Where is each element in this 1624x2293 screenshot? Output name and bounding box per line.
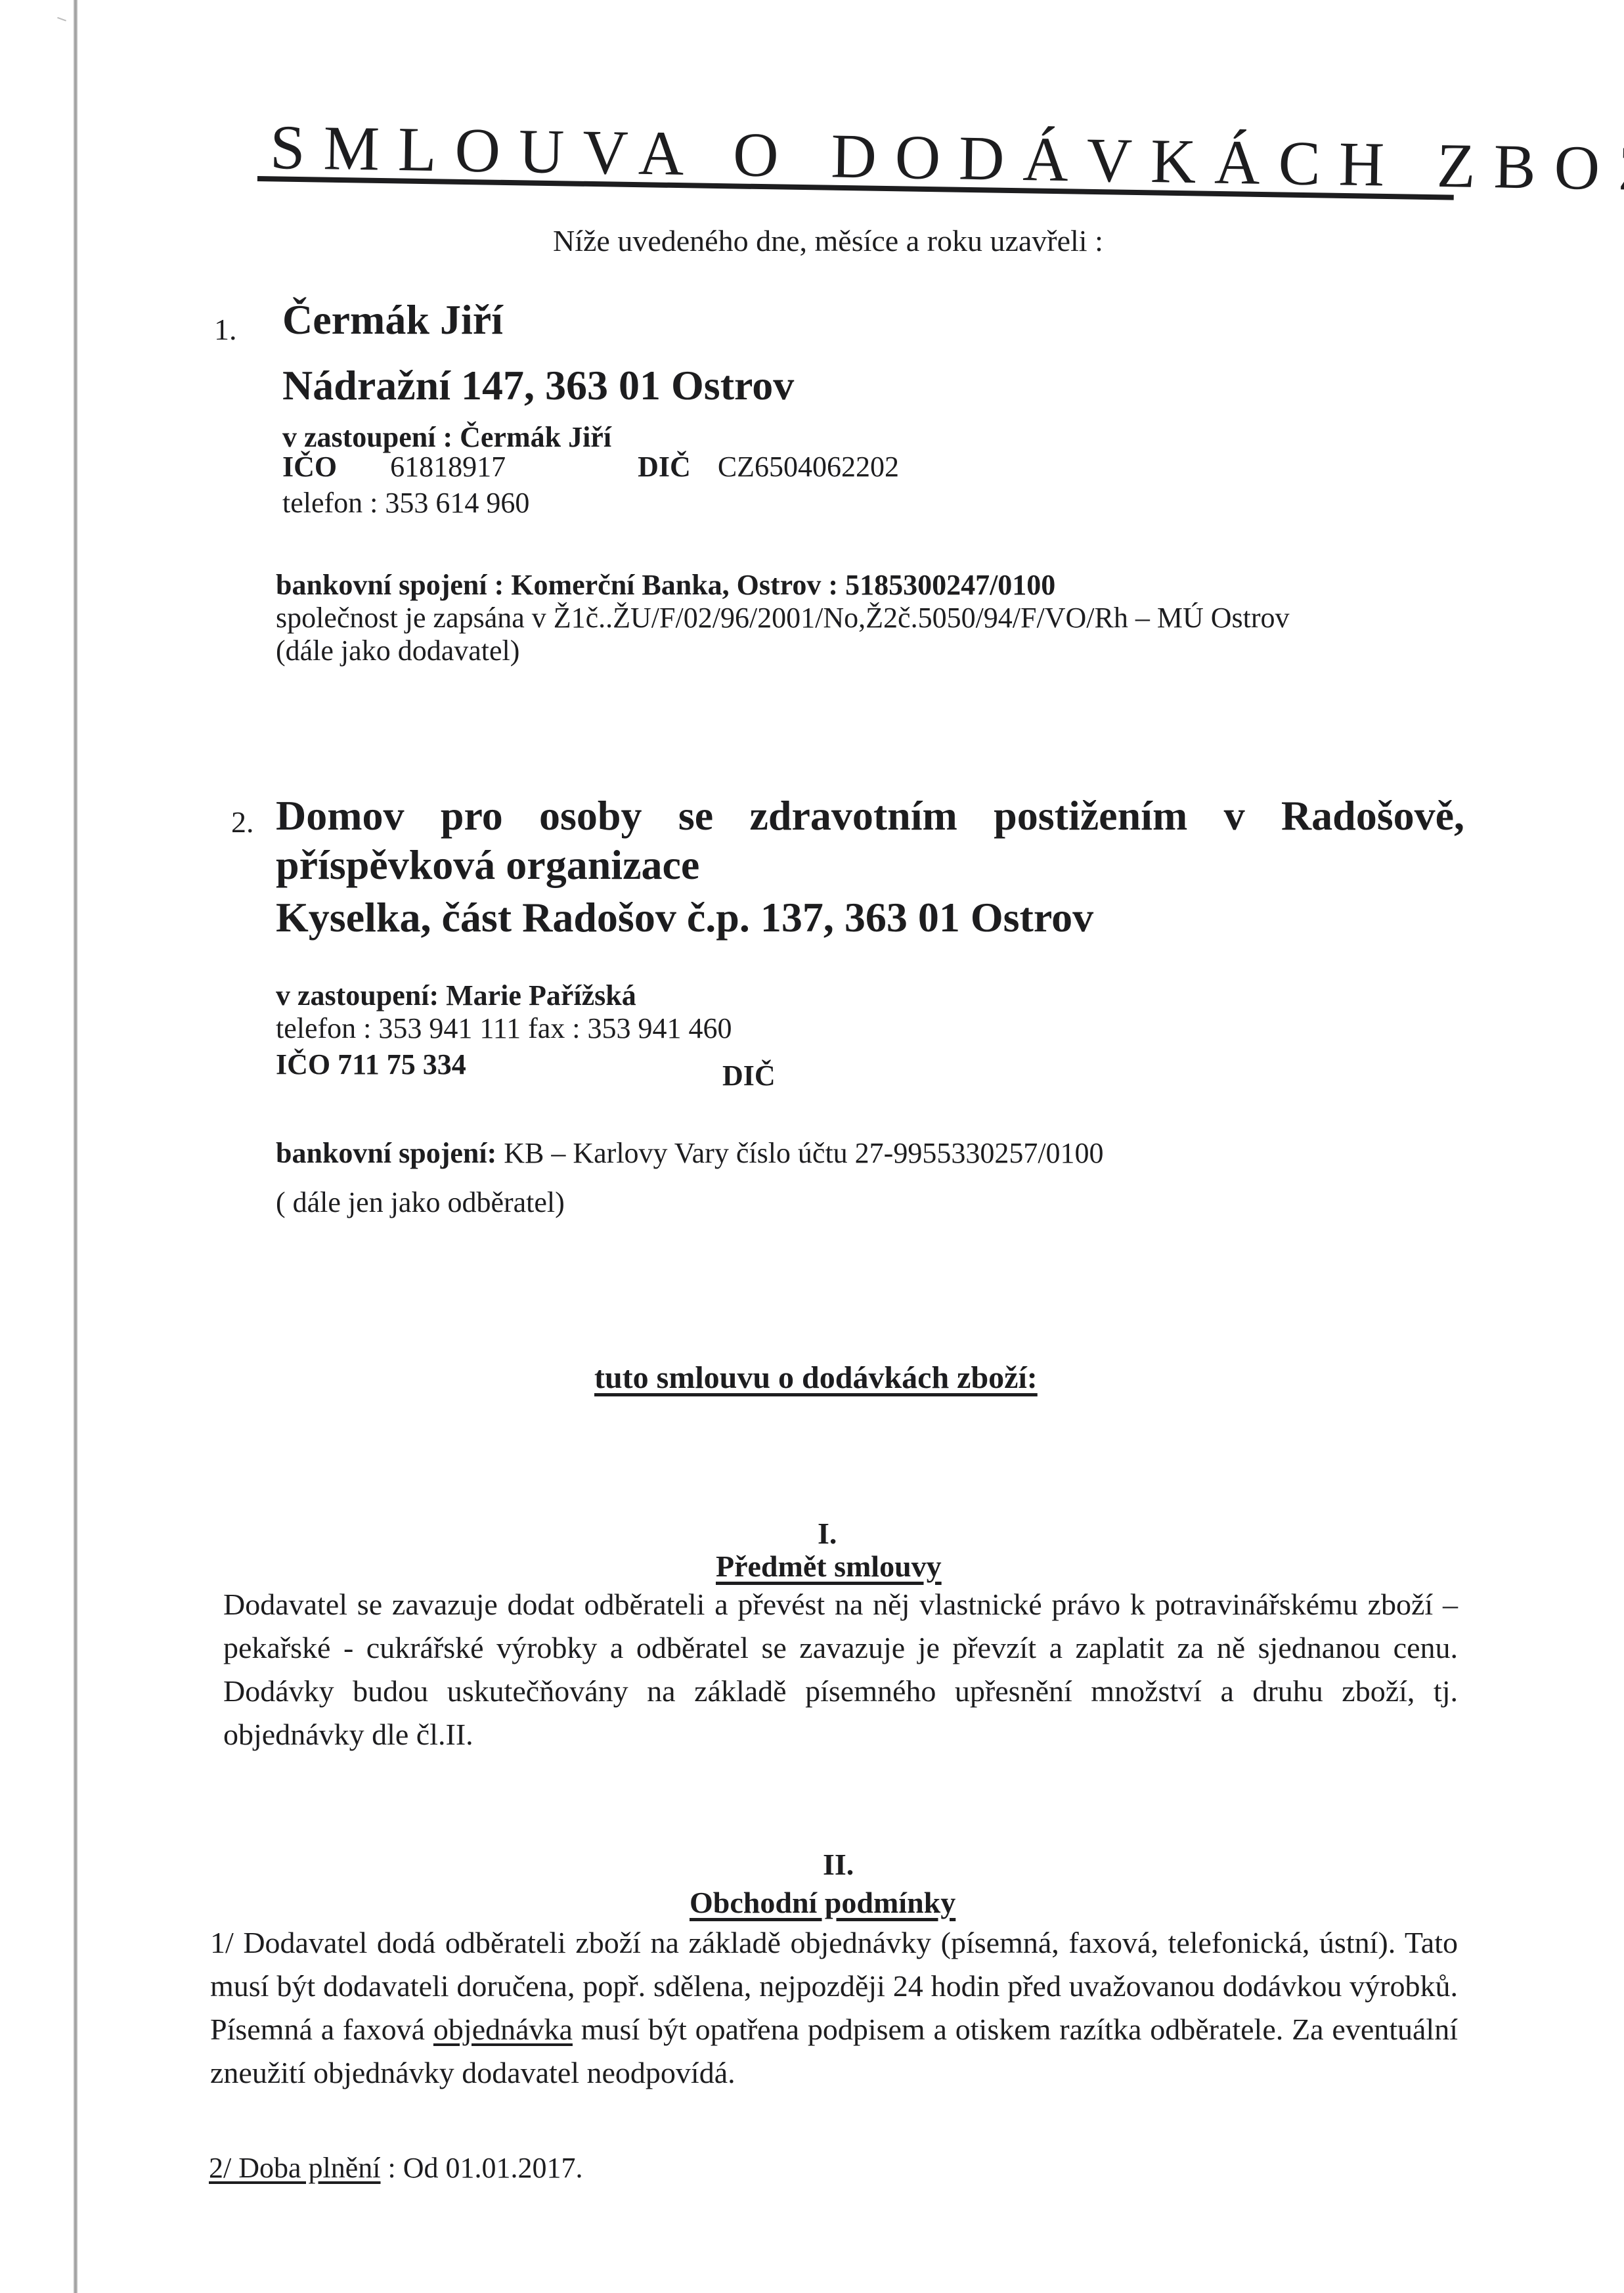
party1-number: 1. [214,312,237,347]
party1-ids: IČO 61818917 DIČ CZ6504062202 [282,450,899,483]
party1-phone: telefon : 353 614 960 [282,486,529,520]
scan-edge [74,0,77,2293]
party2-representative-name: Marie Pařížská [446,979,636,1012]
party2-name-line1: Domov pro osoby se zdravotním postižením… [276,791,1464,840]
party1-dic-value: CZ6504062202 [718,451,899,483]
party2-representative-label: v zastoupení: [276,979,439,1012]
section2-item2-value: : Od 01.01.2017. [381,2152,583,2184]
party1-address: Nádražní 147, 363 01 Ostrov [282,361,794,410]
section1-title: Předmět smlouvy [716,1549,942,1584]
section1-number: I. [818,1516,837,1551]
party2-ico: IČO 711 75 334 [276,1048,466,1081]
section2-text-underlined: objednávka [433,2013,573,2046]
party2-bank: bankovní spojení: KB – Karlovy Vary čísl… [276,1136,1104,1170]
section2-number: II. [823,1847,854,1882]
party1-ico-label: IČO [282,451,337,483]
contract-heading: tuto smlouvu o dodávkách zboží: [594,1360,1038,1396]
party2-dic-label: DIČ [722,1059,776,1092]
party1-bank: bankovní spojení : Komerční Banka, Ostro… [276,568,1055,602]
section2-title: Obchodní podmínky [690,1885,955,1920]
section2-text: 1/ Dodavatel dodá odběrateli zboží na zá… [210,1921,1458,2095]
party2-number: 2. [231,805,254,839]
section2-item2: 2/ Doba plnění : Od 01.01.2017. [209,2151,583,2185]
scan-artifact [56,17,66,25]
party1-name: Čermák Jiří [282,296,503,344]
party1-role: (dále jako dodavatel) [276,634,519,667]
party2-phone-fax: telefon : 353 941 111 fax : 353 941 460 [276,1012,732,1045]
party1-dic-label: DIČ [638,451,691,483]
party2-address: Kyselka, část Radošov č.p. 137, 363 01 O… [276,893,1093,942]
party2-bank-label: bankovní spojení: [276,1137,496,1169]
party2-role: ( dále jen jako odběratel) [276,1186,565,1219]
party2-name-line2: příspěvková organizace [276,841,699,889]
party2-bank-value: KB – Karlovy Vary číslo účtu 27-99553302… [504,1137,1103,1169]
intro-text: Níže uvedeného dne, měsíce a roku uzavře… [553,223,1103,258]
party1-ico-value: 61818917 [390,451,506,483]
party1-representative: v zastoupení : Čermák Jiří [282,420,611,454]
section1-text: Dodavatel se zavazuje dodat odběrateli a… [223,1583,1458,1756]
party1-registration: společnost je zapsána v Ž1č..ŽU/F/02/96/… [276,601,1290,634]
party2-representative: v zastoupení: Marie Pařížská [276,979,636,1012]
section2-item2-label: 2/ Doba plnění [209,2152,381,2184]
